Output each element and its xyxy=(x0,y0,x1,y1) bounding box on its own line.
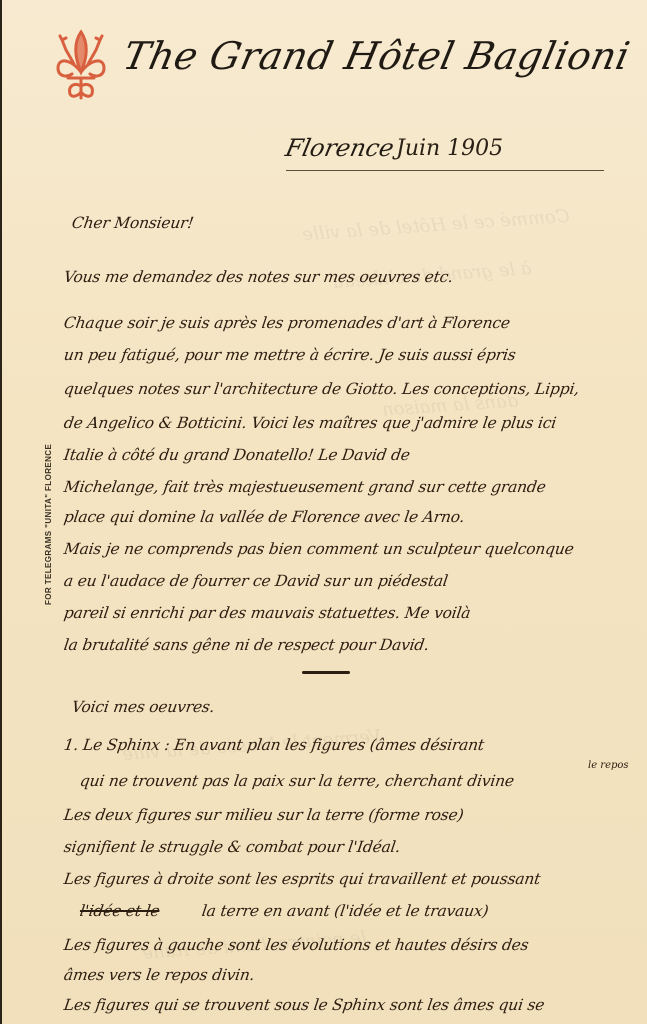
insertion-note: le repos xyxy=(588,760,629,771)
work-line: qui ne trouvent pas la paix sur la terre… xyxy=(79,772,515,790)
section-intro: Voici mes oeuvres. xyxy=(71,698,216,716)
letter-date: Juin 1905 xyxy=(396,136,503,161)
letter-line: place qui domine la vallée de Florence a… xyxy=(63,508,466,526)
work-line: signifient le struggle & combat pour l'I… xyxy=(63,838,402,856)
struck-word: l'idée et le xyxy=(79,902,161,920)
work-line: Les figures qui se trouvent sous le Sphi… xyxy=(63,996,546,1014)
fleur-de-lis-icon xyxy=(52,28,110,102)
letter-line: Italie à côté du grand Donatello! Le Dav… xyxy=(63,446,411,464)
place-date-line: Florence Juin 1905 xyxy=(286,134,604,171)
work-line: Les figures à gauche sont les évolutions… xyxy=(63,936,530,954)
bleed-through-text: Commé ce le Hôtel de la ville xyxy=(302,206,571,246)
letter-line: Michelange, fait très majestueusement gr… xyxy=(63,478,547,496)
work-line: âmes vers le repos divin. xyxy=(63,966,256,984)
letter-line: Vous me demandez des notes sur mes oeuvr… xyxy=(63,268,454,286)
salutation: Cher Monsieur! xyxy=(71,214,195,232)
hotel-name: The Grand Hôtel Baglioni xyxy=(119,34,634,78)
letter-line: Mais je ne comprends pas bien comment un… xyxy=(63,540,575,558)
letter-line: un peu fatigué, pour me mettre à écrire.… xyxy=(63,346,517,364)
work-line: Les deux figures sur milieu sur la terre… xyxy=(63,806,465,824)
telegram-address: FOR TELEGRAMS "UNITA" FLORENCE xyxy=(44,444,53,605)
letter-line: quelques notes sur l'architecture de Gio… xyxy=(63,380,581,398)
work-line: 1. Le Sphinx : En avant plan les figures… xyxy=(63,736,486,754)
letter-line: pareil si enrichi par des mauvais statue… xyxy=(63,604,472,622)
place-name: Florence xyxy=(283,134,397,162)
letter-line: Chaque soir je suis après les promenades… xyxy=(63,314,511,332)
letter-line: de Angelico & Botticini. Voici les maîtr… xyxy=(63,414,558,432)
work-line: la terre en avant (l'idée et le travaux) xyxy=(201,902,490,920)
letter-line: a eu l'audace de fourrer ce David sur un… xyxy=(63,572,449,590)
letter-line: la brutalité sans gêne ni de respect pou… xyxy=(63,636,430,654)
separator-stroke xyxy=(302,671,350,674)
work-line: Les figures à droite sont les esprits qu… xyxy=(63,870,542,888)
letter-page: Commé ce le Hôtel de la ville à le grand… xyxy=(0,0,647,1024)
